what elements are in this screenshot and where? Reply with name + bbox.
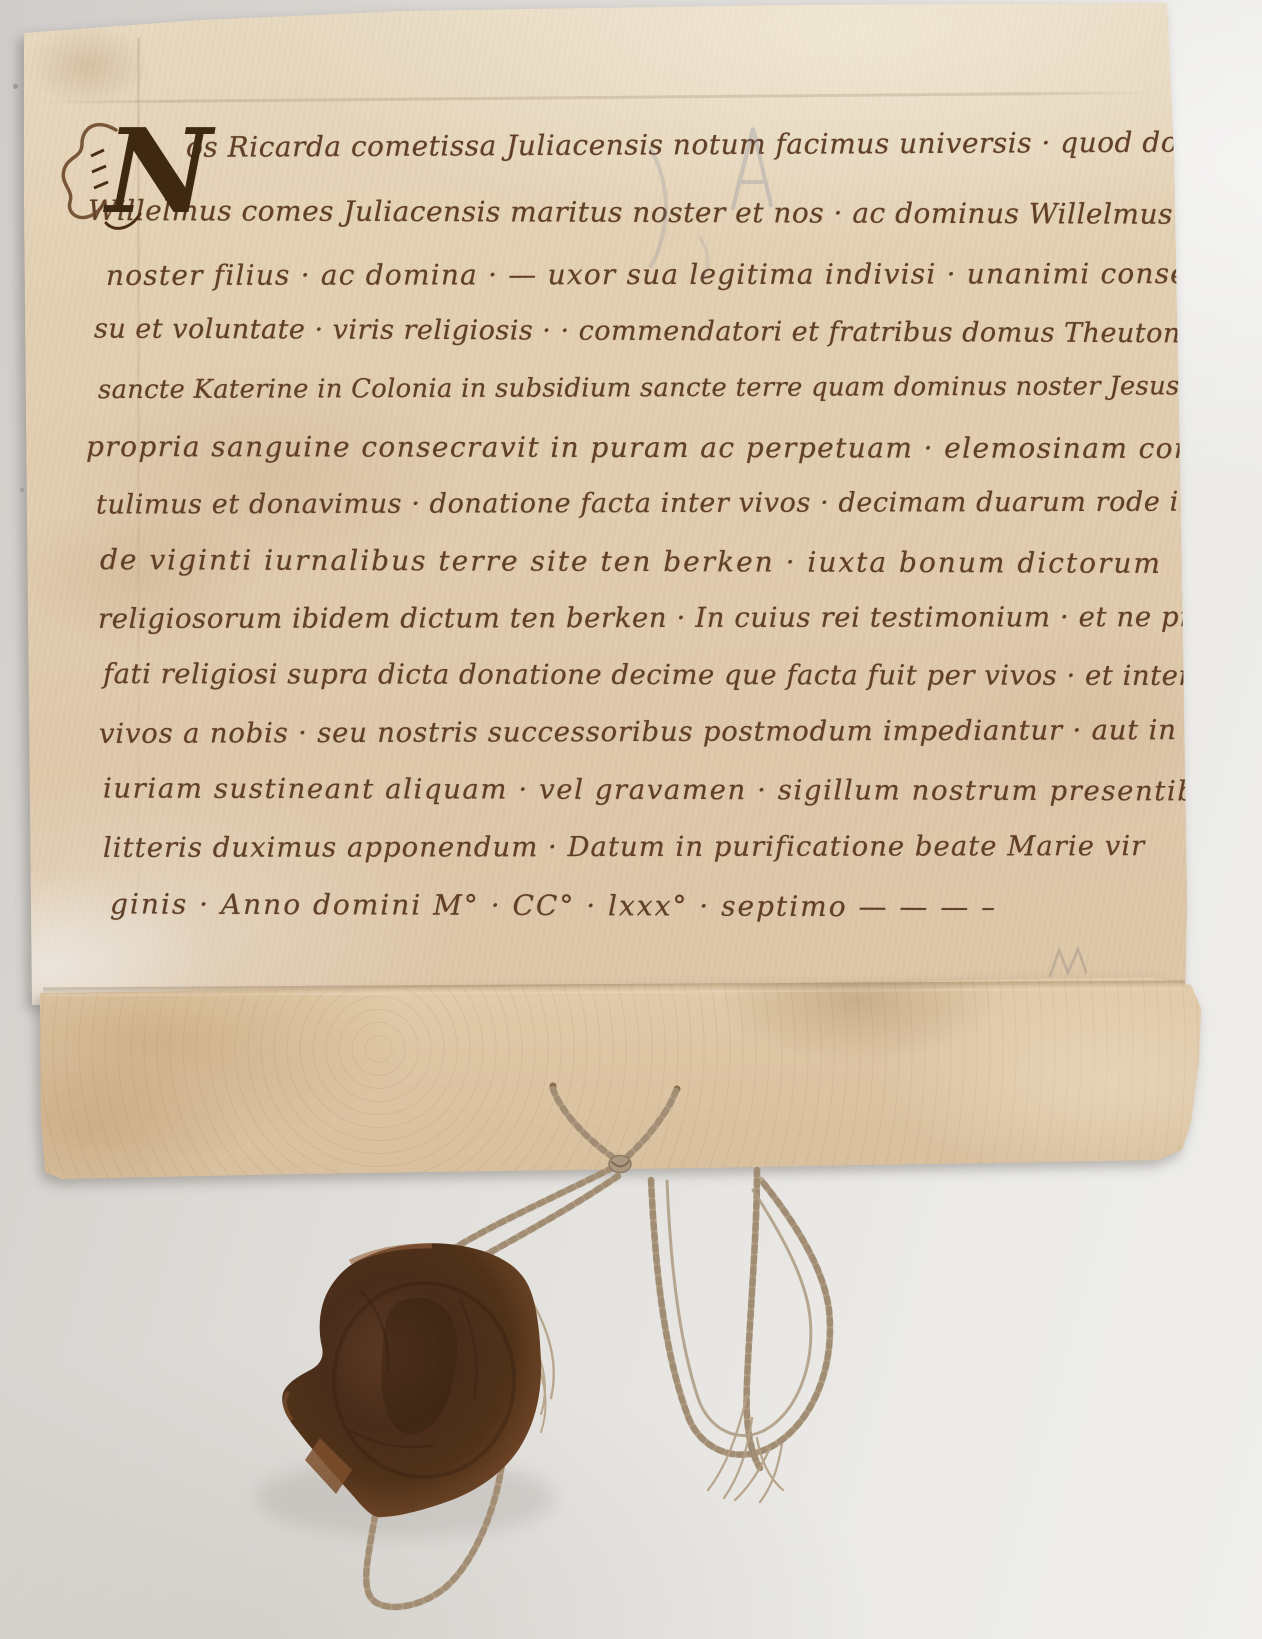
- plica-fold: [0, 0, 1262, 1639]
- charter-photograph: os Ricarda cometissa Juliacensis notum f…: [0, 0, 1262, 1639]
- plica-surface: [0, 0, 1262, 1639]
